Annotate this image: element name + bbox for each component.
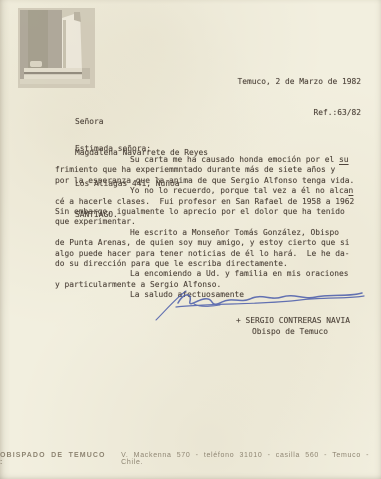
scanned-letter: Temuco, 2 de Marzo de 1982 Ref.:63/82 Se… bbox=[0, 0, 381, 479]
salutation: Estimada señora: bbox=[75, 144, 151, 154]
reference-number: Ref.:63/82 bbox=[230, 108, 361, 118]
signer-title: Obispo de Temuco bbox=[252, 327, 328, 337]
letter-body-line: por la esperanza que la anima de que Ser… bbox=[55, 176, 367, 186]
letter-body-line: de Punta Arenas, de quien soy muy amigo,… bbox=[55, 238, 367, 248]
footer-organization: OBISPADO DE TEMUCO : bbox=[0, 452, 108, 466]
letter-body-line: He escrito a Monseñor Tomás González, Ob… bbox=[55, 228, 367, 238]
cathedral-photo bbox=[18, 8, 95, 88]
letter-body: Su carta me ha causado honda emoción por… bbox=[55, 155, 367, 301]
letter-body-line: que experimentar. bbox=[55, 217, 367, 227]
letter-body-line: frimiento que ha experiemmntado durante … bbox=[55, 165, 367, 175]
letter-body-line: Sin embargo, igualmente lo aprecio por e… bbox=[55, 207, 367, 217]
letter-body-line: algo puede hacer para tener noticias de … bbox=[55, 249, 367, 259]
letter-body-line: do su dirección para que le escriba dire… bbox=[55, 259, 367, 269]
letter-body-line: Yo no lo recuerdo, porque tal vez a él n… bbox=[55, 186, 367, 196]
footer-address: V. Mackenna 570 - teléfono 31010 - casil… bbox=[121, 452, 381, 466]
date-block: Temuco, 2 de Marzo de 1982 Ref.:63/82 bbox=[230, 56, 361, 139]
signer-name: + SERGIO CONTRERAS NAVIA bbox=[236, 316, 350, 326]
letter-body-line: cé a hacerle clases. Fui profesor en San… bbox=[55, 197, 367, 207]
letter-body-line: La encomiendo a Ud. y familia en mis ora… bbox=[55, 269, 367, 279]
letterhead-footer: OBISPADO DE TEMUCO : V. Mackenna 570 - t… bbox=[0, 452, 381, 466]
letter-body-line: Su carta me ha causado honda emoción por… bbox=[55, 155, 367, 165]
dateline: Temuco, 2 de Marzo de 1982 bbox=[230, 77, 361, 87]
recipient-line: Señora bbox=[75, 117, 208, 127]
cathedral-photo-drawing bbox=[18, 8, 95, 88]
